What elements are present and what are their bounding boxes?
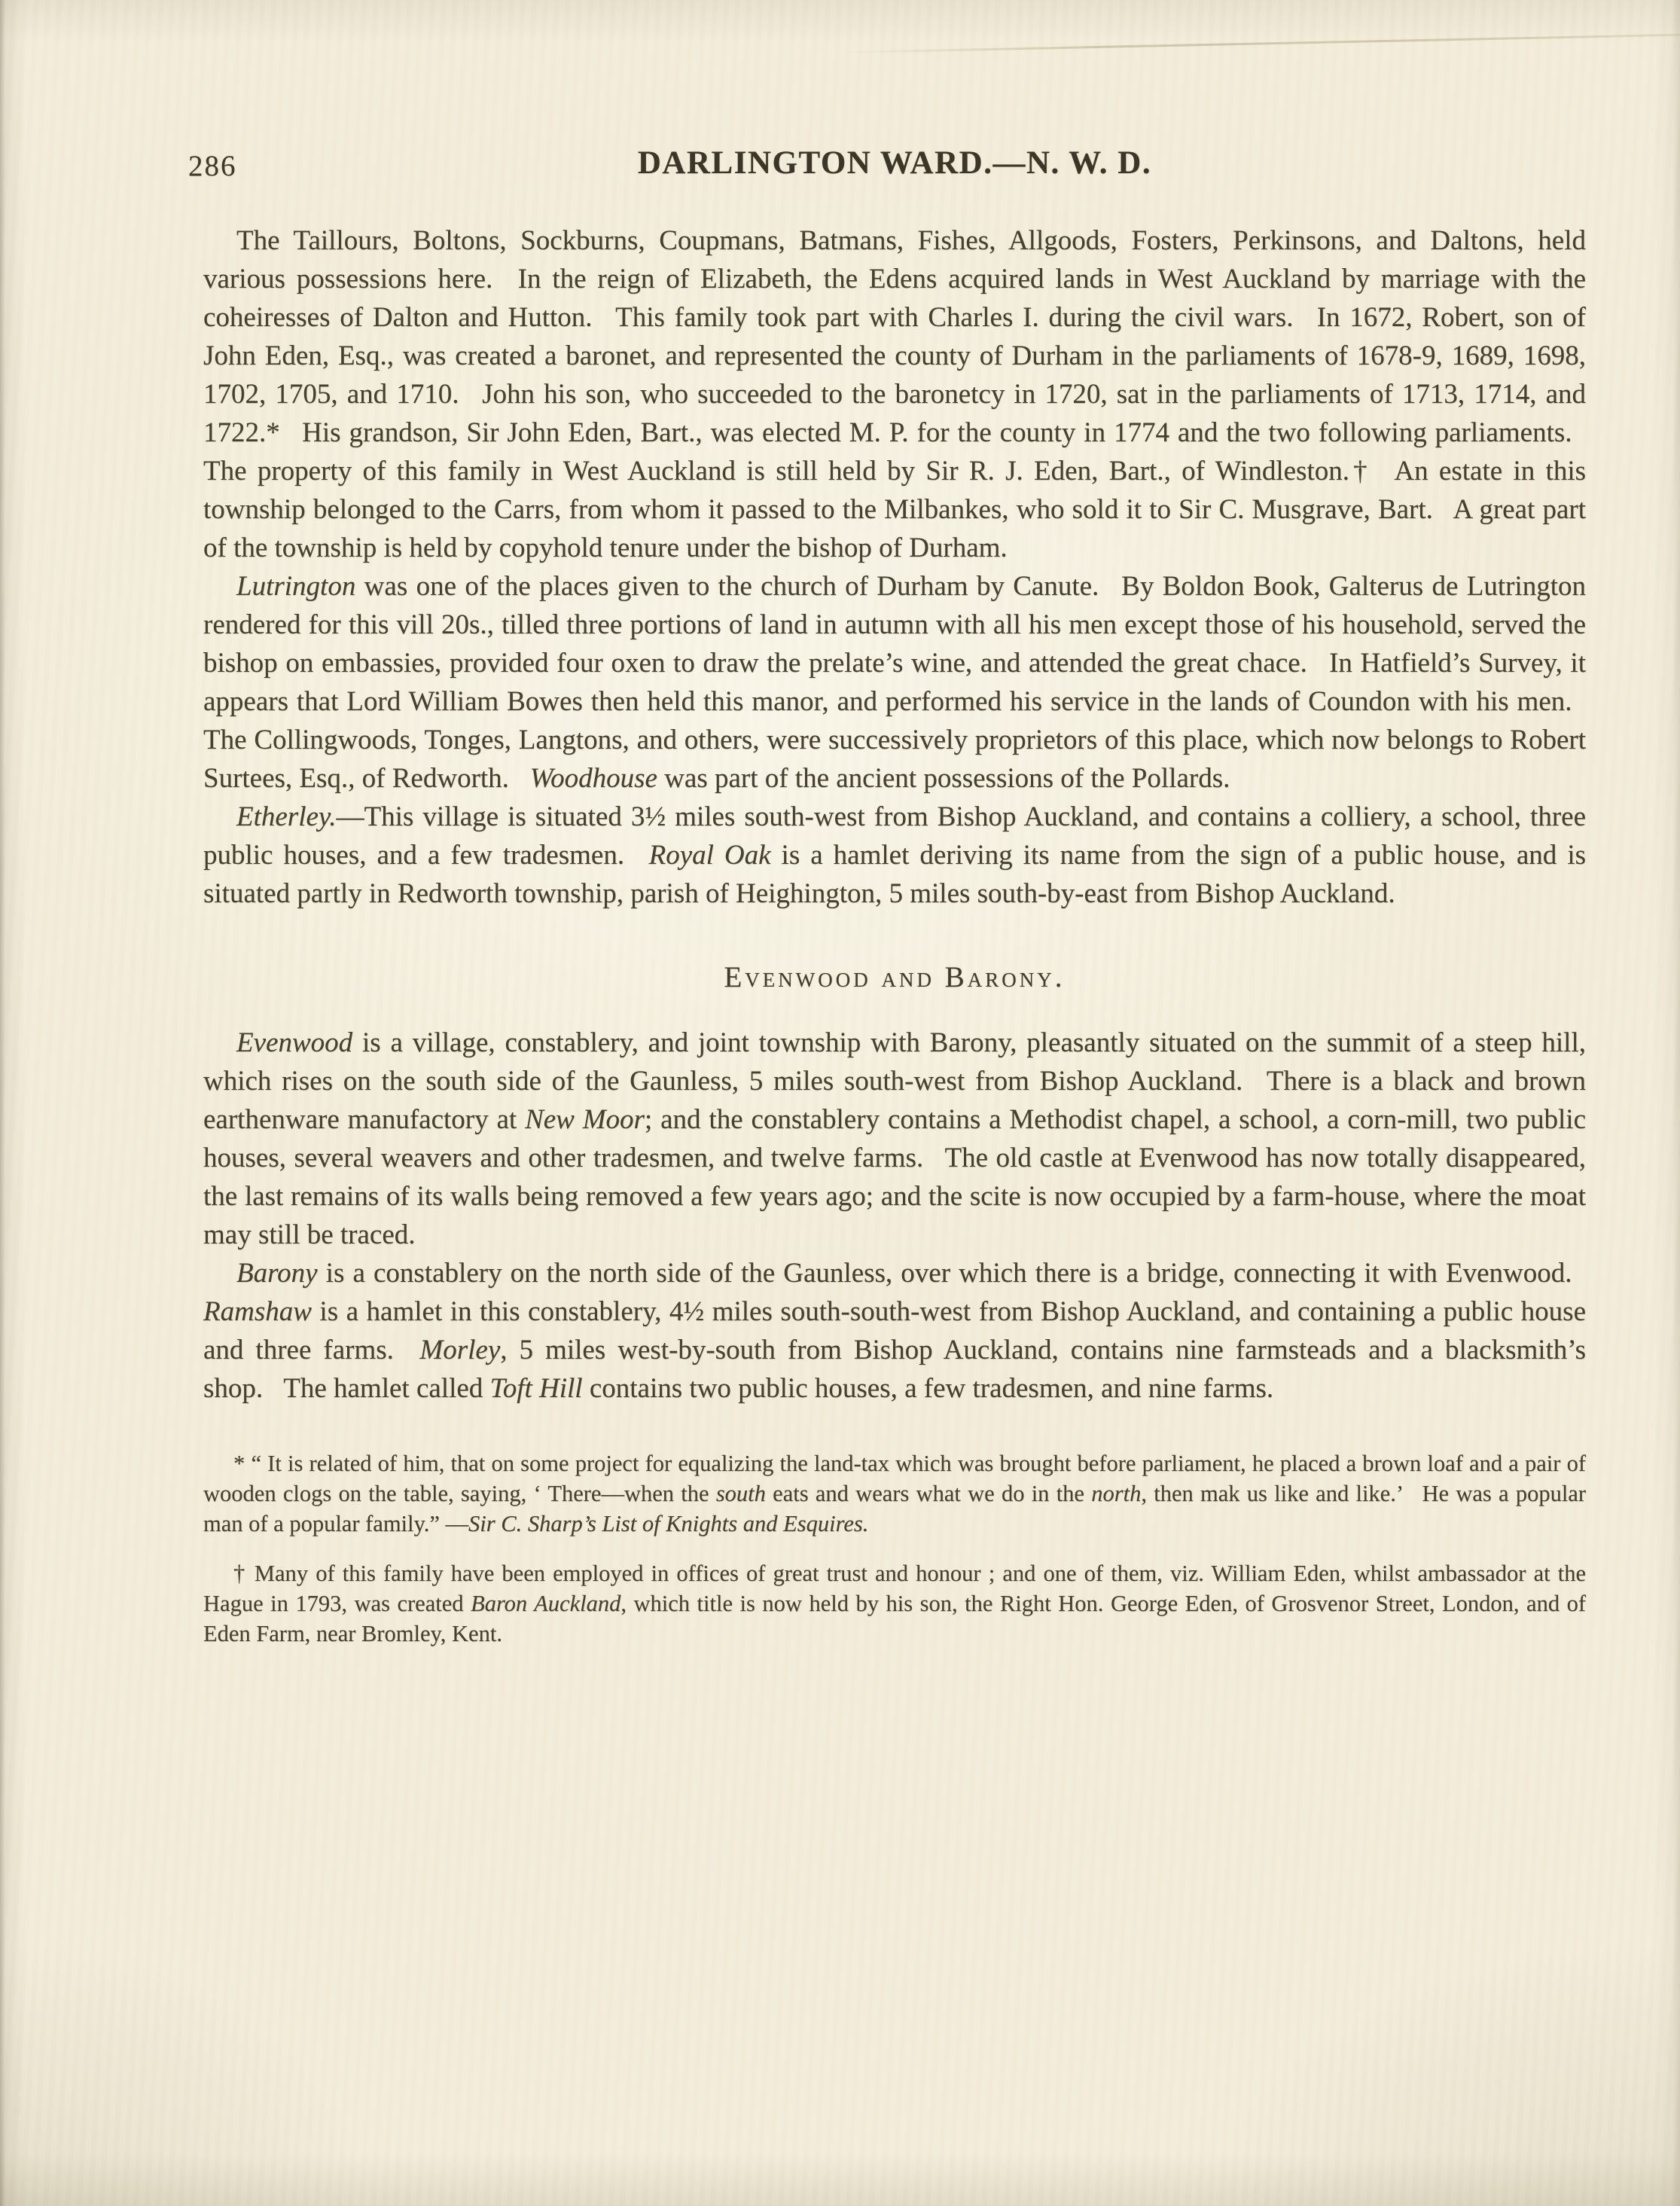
footnotes: * “ It is related of him, that on some p… — [203, 1448, 1586, 1649]
paragraph-lutrington: Lutrington was one of the places given t… — [203, 567, 1586, 798]
section-heading-evenwood-and-barony: Evenwood and Barony. — [203, 958, 1586, 996]
text-block: The Taillours, Boltons, Sockburns, Coupm… — [203, 221, 1586, 1668]
paragraph-taillours-edens: The Taillours, Boltons, Sockburns, Coupm… — [203, 221, 1586, 567]
footnote-asterisk: * “ It is related of him, that on some p… — [203, 1448, 1586, 1539]
book-page: 286 DARLINGTON WARD.—N. W. D. The Taillo… — [0, 0, 1680, 2206]
scan-crease — [843, 33, 1680, 53]
paragraph-etherley: Etherley.—This village is situated 3½ mi… — [203, 798, 1586, 913]
paragraph-barony: Barony is a constablery on the north sid… — [203, 1254, 1586, 1408]
footnote-dagger: † Many of this family have been employed… — [203, 1558, 1586, 1649]
paragraph-evenwood: Evenwood is a village, constablery, and … — [203, 1024, 1586, 1254]
running-header: DARLINGTON WARD.—N. W. D. — [203, 145, 1586, 182]
